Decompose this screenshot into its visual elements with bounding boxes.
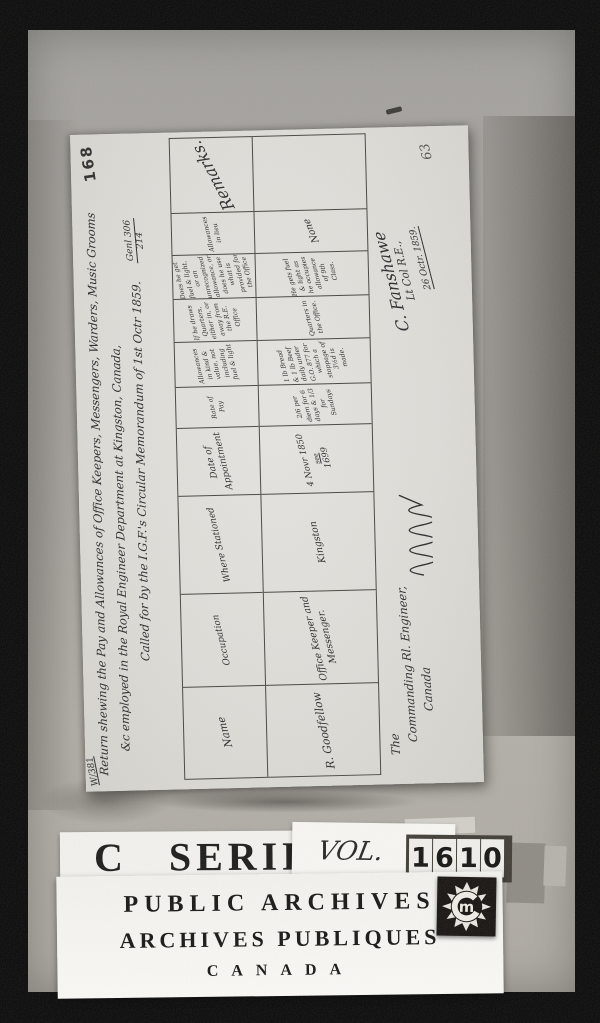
backing-shadow-right — [483, 116, 575, 736]
registry-reference: Genl 306 214 — [123, 218, 148, 264]
cell-occupation: Office Keeper and Messenger. — [264, 590, 378, 686]
cell-fuel-light: He gets fuel & light as he occupies allo… — [255, 251, 368, 298]
header-occupation: Occupation — [181, 593, 265, 688]
header-remarks: Remarks. — [170, 139, 254, 214]
paper-scrap-light — [543, 846, 566, 887]
monogram-letter: m — [459, 899, 475, 916]
archives-line-en: PUBLIC ARCHIVES — [56, 887, 502, 919]
header-name: Name — [183, 686, 267, 779]
table-data-row: R. Goodfellow Office Keeper and Messenge… — [253, 134, 381, 777]
document-content: 168 W/381 63 Return shewing the Pay and … — [71, 126, 485, 791]
header-fuel-light: Does he get fuel & light, or an unrecogn… — [173, 254, 256, 300]
maple-leaf-monogram-icon: m — [436, 876, 496, 936]
shadow-smudge — [150, 791, 420, 813]
header-allowances-in-kind: Allowances in kind & value, not includin… — [175, 341, 258, 388]
cell-date: 4 Novr 1850 see 1699 — [260, 424, 374, 495]
digit-tile: 1 — [409, 839, 432, 877]
pac-monogram-logo: m — [436, 876, 496, 936]
table-header-row: Name Occupation Where Stationed Date of … — [170, 137, 269, 779]
microfilm-frame: 168 W/381 63 Return shewing the Pay and … — [0, 0, 600, 1023]
return-table: Name Occupation Where Stationed Date of … — [169, 133, 382, 780]
cell-in-lieu: None — [254, 209, 367, 254]
cell-in-kind: 1 lb Bread & 1 lb Beef daily under G.O. … — [258, 338, 371, 386]
cell-quarters: Quarters in the Office. — [257, 295, 370, 341]
cell-rate: 2/6 per diem for 6 days & 1/3 for Sunday… — [259, 383, 372, 427]
addressee-block: The Commanding Rl. Engineer, Canada — [375, 585, 442, 758]
pen-flourish — [391, 491, 433, 578]
cell-name: R. Goodfellow — [266, 683, 380, 777]
registry-reference-bottom: 214 — [135, 232, 147, 249]
volume-label-text: VOL. — [315, 836, 386, 867]
paper-scrap-gray — [506, 843, 546, 904]
header-quarters: If he draws Quarters, either in, or away… — [174, 298, 257, 343]
header-rate-of-pay: Rate of Pay — [176, 386, 259, 429]
header-where-stationed: Where Stationed — [178, 495, 262, 595]
pencil-folio-number: 63 — [417, 142, 435, 162]
document-page: 168 W/381 63 Return shewing the Pay and … — [70, 125, 484, 792]
document-title: Return shewing the Pay and Allowances of… — [80, 175, 160, 780]
cell-station: Kingston — [261, 492, 375, 593]
archives-line-country: CANADA — [57, 959, 503, 982]
header-allowances-in-lieu: Allowances in lieu — [171, 212, 254, 256]
header-date-of-appointment: Date of Appointment — [177, 427, 261, 497]
